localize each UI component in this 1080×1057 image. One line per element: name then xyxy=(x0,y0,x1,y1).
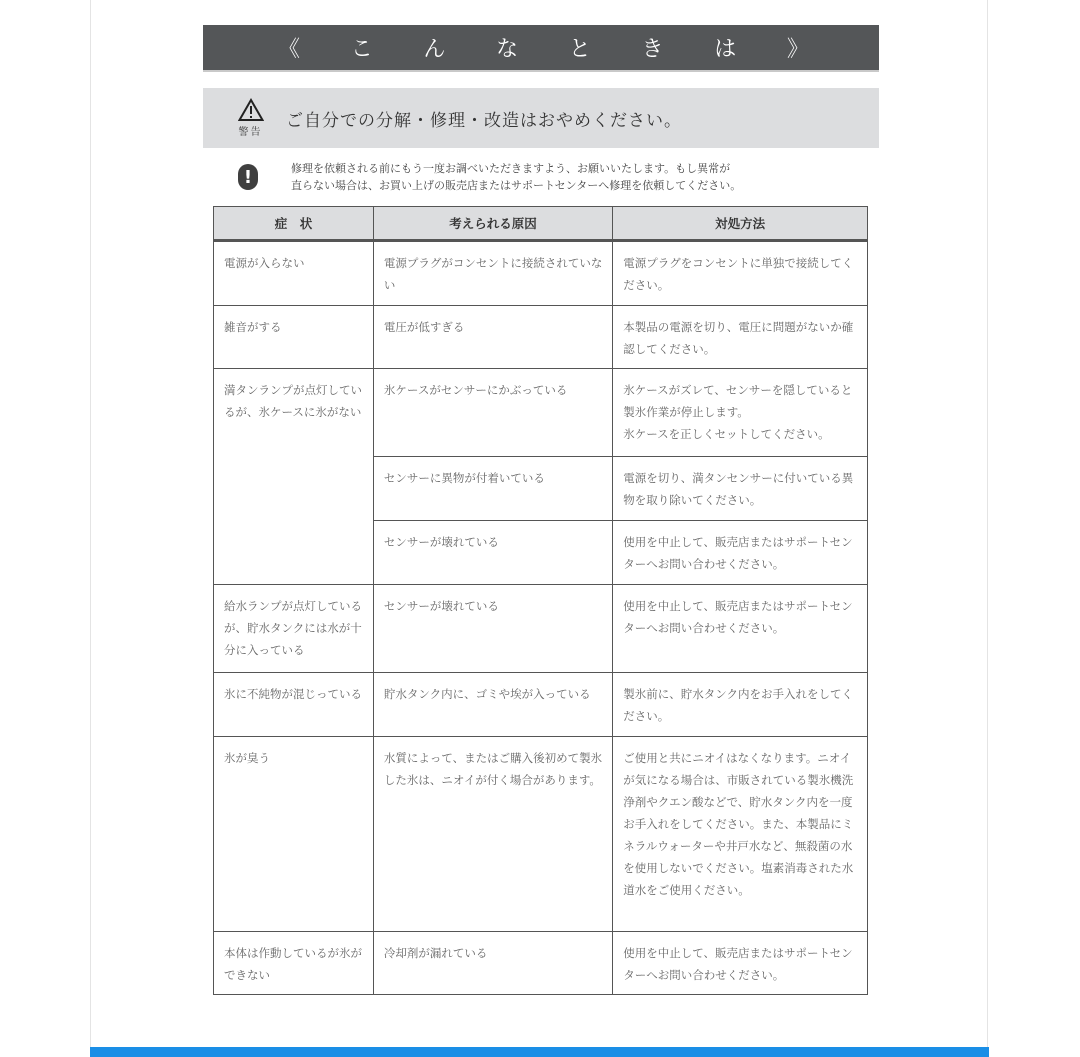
repair-notice: ! 修理を依頼される前にもう一度お調べいただきますよう、お願いいたします。もし異… xyxy=(238,160,858,194)
table-row: 雑音がする 電圧が低すぎる 本製品の電源を切り、電圧に問題がないか確認してくださ… xyxy=(214,306,868,369)
table-row: 氷が臭う 水質によって、またはご購入後初めて製氷した氷は、ニオイが付く場合があり… xyxy=(214,737,868,932)
table-header-row: 症 状 考えられる原因 対処方法 xyxy=(214,207,868,241)
title-char: こ xyxy=(351,32,373,63)
title-char: な xyxy=(496,32,518,63)
title-char: き xyxy=(642,32,664,63)
page-title-bar: 《 こ ん な と き は 》 xyxy=(203,25,879,72)
symptom-cell: 氷に不純物が混じっている xyxy=(214,673,374,737)
remedy-cell: 使用を中止して、販売店またはサポートセンターへお問い合わせください。 xyxy=(613,521,868,585)
notice-line-1: 修理を依頼される前にもう一度お調べいただきますよう、お願いいたします。もし異常が xyxy=(291,160,741,177)
title-char: 》 xyxy=(787,32,809,63)
warning-triangle-icon xyxy=(238,98,264,122)
title-char: は xyxy=(714,32,736,63)
warning-label: 警告 xyxy=(239,123,263,138)
cause-cell: 氷ケースがセンサーにかぶっている xyxy=(373,369,612,457)
symptom-cell: 本体は作動しているが氷ができない xyxy=(214,932,374,995)
table-row: 満タンランプが点灯しているが、氷ケースに氷がない 氷ケースがセンサーにかぶってい… xyxy=(214,369,868,457)
symptom-cell: 氷が臭う xyxy=(214,737,374,932)
symptom-cell: 雑音がする xyxy=(214,306,374,369)
troubleshooting-table: 症 状 考えられる原因 対処方法 電源が入らない 電源プラグがコンセントに接続さ… xyxy=(213,206,868,995)
table-row: 給水ランプが点灯しているが、貯水タンクには水が十分に入っている センサーが壊れて… xyxy=(214,585,868,673)
cause-cell: 電源プラグがコンセントに接続されていない xyxy=(373,241,612,306)
exclamation-icon: ! xyxy=(238,164,258,190)
table-row: 本体は作動しているが氷ができない 冷却剤が漏れている 使用を中止して、販売店また… xyxy=(214,932,868,995)
warning-banner: 警告 ご自分での分解・修理・改造はおやめください。 xyxy=(203,88,879,148)
cause-cell: 冷却剤が漏れている xyxy=(373,932,612,995)
table-row: 電源が入らない 電源プラグがコンセントに接続されていない 電源プラグをコンセント… xyxy=(214,241,868,306)
warning-text: ご自分での分解・修理・改造はおやめください。 xyxy=(286,106,682,131)
remedy-cell: 使用を中止して、販売店またはサポートセンターへお問い合わせください。 xyxy=(613,585,868,673)
title-char: 《 xyxy=(278,32,300,63)
bottom-accent-bar xyxy=(90,1047,989,1057)
symptom-cell: 満タンランプが点灯しているが、氷ケースに氷がない xyxy=(214,369,374,585)
cause-cell: 水質によって、またはご購入後初めて製氷した氷は、ニオイが付く場合があります。 xyxy=(373,737,612,932)
remedy-cell: 本製品の電源を切り、電圧に問題がないか確認してください。 xyxy=(613,306,868,369)
remedy-cell: ご使用と共にニオイはなくなります。ニオイが気になる場合は、市販されている製氷機洗… xyxy=(613,737,868,932)
notice-text: 修理を依頼される前にもう一度お調べいただきますよう、お願いいたします。もし異常が… xyxy=(291,160,741,194)
title-char: ん xyxy=(423,32,445,63)
cause-cell: センサーが壊れている xyxy=(373,585,612,673)
warning-icon-group: 警告 xyxy=(203,98,268,138)
remedy-cell: 製氷前に、貯水タンク内をお手入れをしてください。 xyxy=(613,673,868,737)
header-symptom: 症 状 xyxy=(214,207,374,241)
title-char: と xyxy=(569,32,591,63)
cause-cell: センサーが壊れている xyxy=(373,521,612,585)
cause-cell: 貯水タンク内に、ゴミや埃が入っている xyxy=(373,673,612,737)
symptom-cell: 電源が入らない xyxy=(214,241,374,306)
cause-cell: センサーに異物が付着いている xyxy=(373,457,612,521)
cause-cell: 電圧が低すぎる xyxy=(373,306,612,369)
header-remedy: 対処方法 xyxy=(613,207,868,241)
symptom-cell: 給水ランプが点灯しているが、貯水タンクには水が十分に入っている xyxy=(214,585,374,673)
remedy-cell: 使用を中止して、販売店またはサポートセンターへお問い合わせください。 xyxy=(613,932,868,995)
notice-line-2: 直らない場合は、お買い上げの販売店またはサポートセンターへ修理を依頼してください… xyxy=(291,177,741,194)
remedy-cell: 氷ケースがズレて、センサーを隠していると製氷作業が停止します。 氷ケースを正しく… xyxy=(613,369,868,457)
remedy-cell: 電源プラグをコンセントに単独で接続してください。 xyxy=(613,241,868,306)
header-cause: 考えられる原因 xyxy=(373,207,612,241)
table-row: 氷に不純物が混じっている 貯水タンク内に、ゴミや埃が入っている 製氷前に、貯水タ… xyxy=(214,673,868,737)
remedy-cell: 電源を切り、満タンセンサーに付いている異物を取り除いてください。 xyxy=(613,457,868,521)
